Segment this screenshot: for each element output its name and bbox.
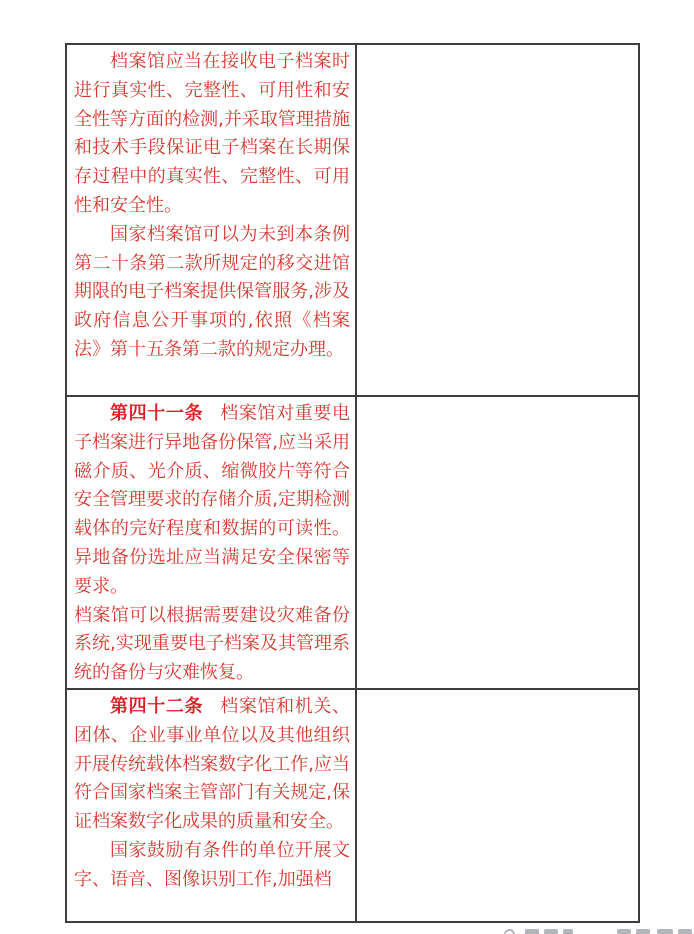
regulation-table: 档案馆应当在接收电子档案时进行真实性、完整性、可用性和安全性等方面的检测,并采取… — [65, 43, 640, 923]
paragraph-recognition-encouragement: 国家鼓励有条件的单位开展文字、语音、图像识别工作,加强档 — [74, 837, 350, 895]
watermark-remnant — [484, 927, 694, 934]
watermark-glyph — [525, 929, 539, 934]
watermark-glyph — [636, 929, 650, 934]
watermark-glyph — [678, 929, 692, 934]
paragraph-article-42: 第四十二条档案馆和机关、团体、企业事业单位以及其他组织开展传统载体档案数字化工作… — [74, 693, 350, 837]
paragraph-disaster-backup: 档案馆可以根据需要建设灾难备份系统,实现重要电子档案及其管理系统的备份与灾难恢复… — [74, 602, 350, 688]
table-cell-empty-row2 — [357, 397, 638, 690]
watermark-circle-icon — [504, 929, 515, 934]
paragraph-article-41: 第四十一条档案馆对重要电子档案进行异地备份保管,应当采用磁介质、光介质、缩微胶片… — [74, 400, 350, 602]
watermark-glyph — [657, 929, 673, 934]
table-cell-article-42-text: 第四十二条档案馆和机关、团体、企业事业单位以及其他组织开展传统载体档案数字化工作… — [67, 690, 357, 921]
article-41-body: 档案馆对重要电子档案进行异地备份保管,应当采用磁介质、光介质、缩微胶片等符合安全… — [74, 403, 350, 597]
document-page: 档案馆应当在接收电子档案时进行真实性、完整性、可用性和安全性等方面的检测,并采取… — [0, 0, 694, 934]
paragraph-national-archive-custody: 国家档案馆可以为未到本条例第二十条第二款所规定的移交进馆期限的电子档案提供保管服… — [74, 221, 350, 365]
article-41-number: 第四十一条 — [110, 403, 203, 424]
table-cell-article-41-text: 第四十一条档案馆对重要电子档案进行异地备份保管,应当采用磁介质、光介质、缩微胶片… — [67, 397, 357, 690]
watermark-glyph — [544, 929, 558, 934]
table-cell-empty-row3 — [357, 690, 638, 921]
watermark-glyph — [617, 929, 631, 934]
paragraph-electronic-archive-checks: 档案馆应当在接收电子档案时进行真实性、完整性、可用性和安全性等方面的检测,并采取… — [74, 48, 350, 221]
table-cell-empty-row1 — [357, 45, 638, 397]
article-42-number: 第四十二条 — [110, 696, 203, 717]
watermark-glyph — [563, 929, 573, 934]
table-cell-article-40-text: 档案馆应当在接收电子档案时进行真实性、完整性、可用性和安全性等方面的检测,并采取… — [67, 45, 357, 397]
